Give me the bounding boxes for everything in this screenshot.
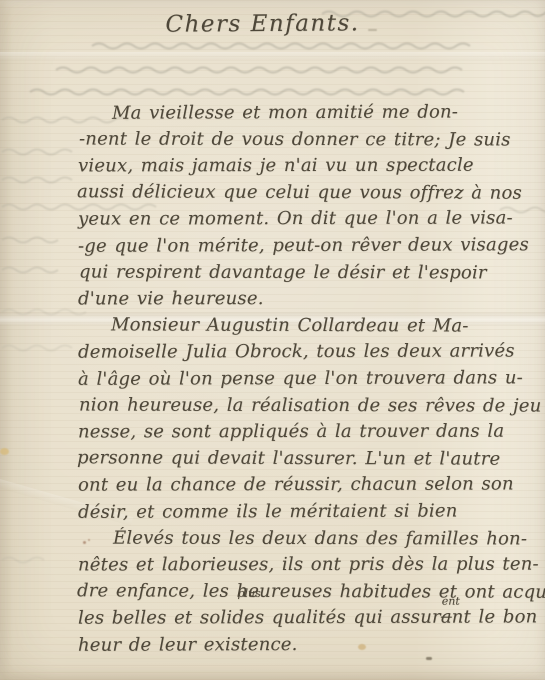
manuscript-line: -nent le droit de vous donner ce titre; … bbox=[79, 126, 542, 154]
inline-correction: enta bbox=[441, 605, 452, 632]
manuscript-line: heur de leur existence. bbox=[78, 631, 541, 659]
manuscript-line: Élevés tous les deux dans des familles h… bbox=[79, 525, 542, 553]
manuscript-line: demoiselle Julia Obrock, tous les deux a… bbox=[78, 339, 541, 367]
manuscript-line: yeux en ce moment. On dit que l'on a le … bbox=[78, 206, 541, 234]
manuscript-line: les belles et solides qualités qui assur… bbox=[78, 605, 541, 633]
paper-fold-crease bbox=[0, 52, 545, 61]
manuscript-line: désir, et comme ils le méritaient si bie… bbox=[78, 498, 541, 526]
manuscript-line: aussi délicieux que celui que vous offre… bbox=[77, 179, 540, 207]
letter-page: Chers Enfants. Ma vieillesse et mon amit… bbox=[0, 0, 545, 680]
foxing-stain bbox=[0, 448, 9, 455]
letter-body: Ma vieillesse et mon amitié me don--nent… bbox=[78, 100, 541, 658]
manuscript-line: Monsieur Augustin Collardeau et Ma- bbox=[77, 312, 540, 340]
manuscript-line: qui respirent davantage le désir et l'es… bbox=[79, 259, 542, 287]
manuscript-line: Ma vieillesse et mon amitié me don- bbox=[78, 99, 541, 127]
manuscript-line: ont eu la chance de réussir, chacun selo… bbox=[78, 472, 541, 500]
manuscript-line: -ge que l'on mérite, peut-on rêver deux … bbox=[78, 232, 541, 260]
manuscript-line: vieux, mais jamais je n'ai vu un spectac… bbox=[78, 153, 541, 180]
manuscript-line: nêtes et laborieuses, ils ont pris dès l… bbox=[78, 552, 541, 579]
manuscript-line: d'une vie heureuse. bbox=[78, 286, 541, 313]
manuscript-line: personne qui devait l'assurer. L'un et l… bbox=[77, 445, 540, 473]
manuscript-line: à l'âge où l'on pense que l'on trouvera … bbox=[78, 365, 541, 393]
manuscript-line: nion heureuse, la réalisation de ses rêv… bbox=[79, 392, 542, 420]
manuscript-line: nesse, se sont appliqués à la trouver da… bbox=[78, 419, 541, 446]
letter-salutation: Chers Enfants. bbox=[0, 9, 535, 39]
manuscript-line: dre enfance, les plusheureuses habitudes… bbox=[77, 578, 540, 606]
